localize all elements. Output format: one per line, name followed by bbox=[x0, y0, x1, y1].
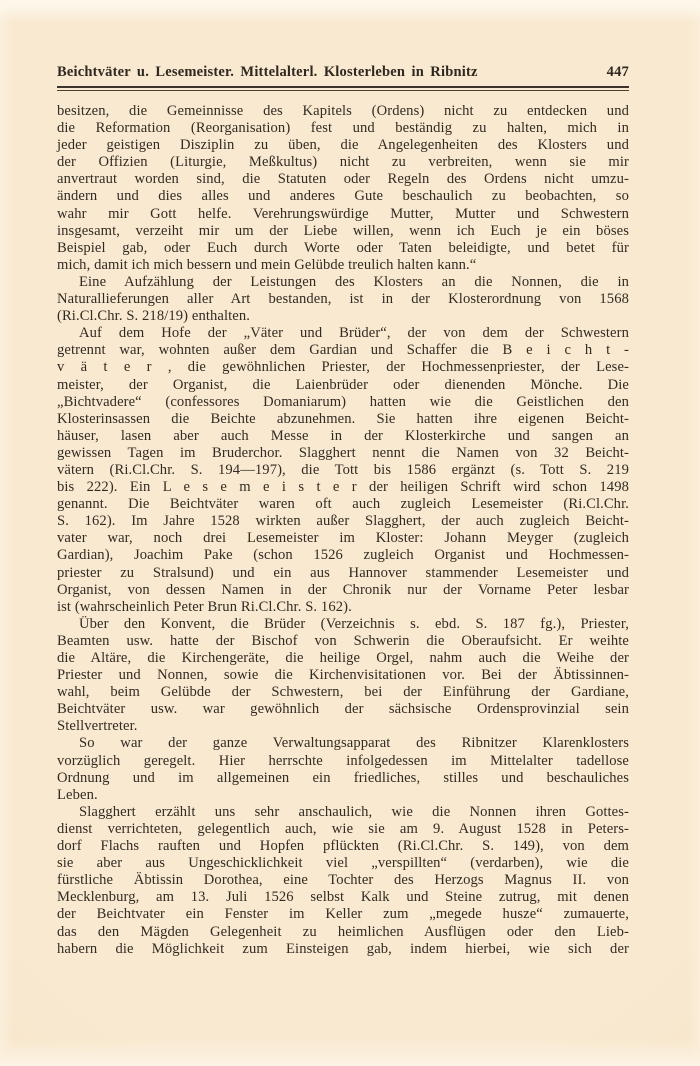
text-line: häuser, lasen aber auch Messe in der Klo… bbox=[57, 428, 629, 445]
text-line: dienst verrichteten, gelegentlich auch, … bbox=[57, 821, 629, 838]
text-line: Auf dem Hofe der „Väter und Brüder“, der… bbox=[57, 325, 629, 342]
text-line: Klosterinsassen die Beichte abzunehmen. … bbox=[57, 411, 629, 428]
text-line: bis 222). Ein L e s e m e i s t e r der … bbox=[57, 479, 629, 496]
paragraph: Eine Aufzählung der Leistungen des Klost… bbox=[57, 274, 629, 325]
text-line: der Beichtvater ein Fenster im Keller zu… bbox=[57, 906, 629, 923]
text-line: mich, damit ich mich bessern und mein Ge… bbox=[57, 257, 629, 274]
text-line: Ordnung und im allgemeinen ein friedlich… bbox=[57, 770, 629, 787]
text-line: Priester und Nonnen, sowie die Kirchenvi… bbox=[57, 667, 629, 684]
text-line: (Ri.Cl.Chr. S. 218/19) enthalten. bbox=[57, 308, 629, 325]
text-line: Naturallieferungen aller Art bestanden, … bbox=[57, 291, 629, 308]
header-double-rule bbox=[57, 86, 629, 91]
text-line: S. 162). Im Jahre 1528 wirkten außer Sla… bbox=[57, 513, 629, 530]
text-line: Slagghert erzählt uns sehr anschaulich, … bbox=[57, 804, 629, 821]
text-line: Über den Konvent, die Brüder (Verzeichni… bbox=[57, 616, 629, 633]
text-line: „Bichtvadere“ (confessores Domaniarum) h… bbox=[57, 394, 629, 411]
text-line: besitzen, die Gemeinnisse des Kapitels (… bbox=[57, 103, 629, 120]
text-line: jeder geistigen Disziplin zu üben, die A… bbox=[57, 137, 629, 154]
text-line: getrennt war, wohnten außer dem Gardian … bbox=[57, 342, 629, 359]
text-line: priester zu Stralsund) und ein aus Hanno… bbox=[57, 565, 629, 582]
text-line: Gardian), Joachim Pake (schon 1526 zugle… bbox=[57, 547, 629, 564]
text-line: vorzüglich geregelt. Hier herrschte info… bbox=[57, 753, 629, 770]
text-line: fürstliche Äbtissin Dorothea, eine Tocht… bbox=[57, 872, 629, 889]
text-line: v ä t e r , die gewöhnlichen Priester, d… bbox=[57, 359, 629, 376]
text-line: dorf Flachs rauften und Hopfen pflückten… bbox=[57, 838, 629, 855]
header-title: Beichtväter u. Lesemeister. Mittelalterl… bbox=[57, 64, 478, 81]
text-line: wahl, beim Gelübde der Schwestern, bei d… bbox=[57, 684, 629, 701]
text-line: vätern (Ri.Cl.Chr. S. 194—197), die Tott… bbox=[57, 462, 629, 479]
text-line: Organist, von dessen Namen in der Chroni… bbox=[57, 582, 629, 599]
text-line: Beamten usw. hatte der Bischof von Schwe… bbox=[57, 633, 629, 650]
page-content: Beichtväter u. Lesemeister. Mittelalterl… bbox=[57, 64, 629, 958]
body-text: besitzen, die Gemeinnisse des Kapitels (… bbox=[57, 103, 629, 958]
text-line: Beichtväter usw. war gewöhnlich der säch… bbox=[57, 701, 629, 718]
text-line: meister, der Organist, die Laienbrüder o… bbox=[57, 377, 629, 394]
text-line: wahr mir Gott helfe. Verehrungswürdige M… bbox=[57, 206, 629, 223]
text-line: anvertraut worden sind, die Statuten ode… bbox=[57, 171, 629, 188]
text-line: So war der ganze Verwaltungsapparat des … bbox=[57, 735, 629, 752]
text-line: vater war, noch drei Lesemeister im Klos… bbox=[57, 530, 629, 547]
scanned-book-page: Beichtväter u. Lesemeister. Mittelalterl… bbox=[0, 0, 700, 1066]
text-line: das den Mägden Gelegenheit zu heimlichen… bbox=[57, 924, 629, 941]
text-line: ist (wahrscheinlich Peter Brun Ri.Cl.Chr… bbox=[57, 599, 629, 616]
text-line: genannt. Die Beichtväter waren oft auch … bbox=[57, 496, 629, 513]
text-line: gewissen Tagen im Bruderchor. Slagghert … bbox=[57, 445, 629, 462]
running-header: Beichtväter u. Lesemeister. Mittelalterl… bbox=[57, 64, 629, 81]
text-line: sie aber aus Ungeschicklichkeit viel „ve… bbox=[57, 855, 629, 872]
text-line: die Reformation (Reorganisation) fest un… bbox=[57, 120, 629, 137]
text-line: Eine Aufzählung der Leistungen des Klost… bbox=[57, 274, 629, 291]
text-line: insgesamt, verzeiht mir um der Liebe wil… bbox=[57, 223, 629, 240]
text-line: Mecklenburg, am 13. Juli 1526 selbst Kal… bbox=[57, 889, 629, 906]
text-line: Beispiel gab, oder Euch durch Worte oder… bbox=[57, 240, 629, 257]
paragraph: Slagghert erzählt uns sehr anschaulich, … bbox=[57, 804, 629, 958]
text-line: Stellvertreter. bbox=[57, 718, 629, 735]
text-line: die Altäre, die Kirchengeräte, die heili… bbox=[57, 650, 629, 667]
paragraph: So war der ganze Verwaltungsapparat des … bbox=[57, 735, 629, 803]
text-line: ändern und dies alles und anderes Gute b… bbox=[57, 188, 629, 205]
text-line: habern die Möglichkeit zum Einsteigen ga… bbox=[57, 941, 629, 958]
paragraph: Auf dem Hofe der „Väter und Brüder“, der… bbox=[57, 325, 629, 616]
text-line: Leben. bbox=[57, 787, 629, 804]
paragraph: besitzen, die Gemeinnisse des Kapitels (… bbox=[57, 103, 629, 274]
paragraph: Über den Konvent, die Brüder (Verzeichni… bbox=[57, 616, 629, 736]
text-line: der Offizien (Liturgie, Meßkultus) nicht… bbox=[57, 154, 629, 171]
page-number: 447 bbox=[607, 64, 629, 81]
